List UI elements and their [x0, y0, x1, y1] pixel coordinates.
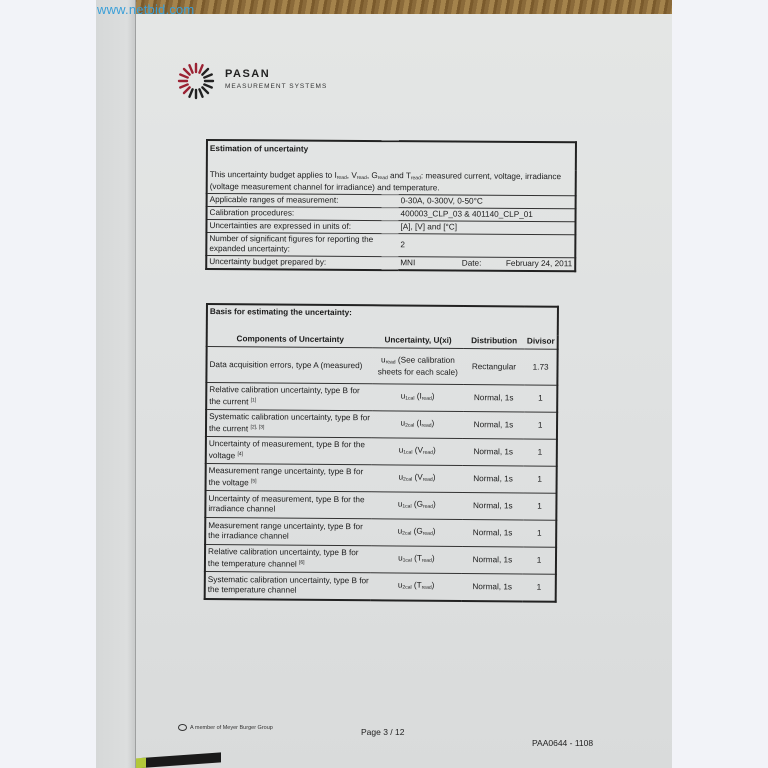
company-logo: PASAN MEASUREMENT SYSTEMS	[225, 68, 327, 90]
uncertainty-cell: u2cal (Gread)	[371, 519, 462, 547]
estimation-value: 2	[398, 234, 575, 258]
prepared-by-value: MNI	[400, 258, 415, 268]
uncertainty-cell: u1cal (Tread)	[371, 546, 462, 574]
table-row: Uncertainty of measurement, type B for t…	[206, 437, 557, 467]
document-id: PAA0644 - 1108	[532, 738, 593, 748]
table-row: Uncertainty of measurement, type B for t…	[205, 491, 556, 521]
divisor-cell: 1	[524, 412, 557, 439]
divisor-cell: 1	[524, 439, 557, 466]
distribution-cell: Normal, 1s	[461, 574, 523, 601]
table-row: Relative calibration uncertainty, type B…	[205, 545, 556, 575]
divisor-cell: 1	[523, 547, 556, 574]
table-row: Data acquisition errors, type A (measure…	[206, 347, 557, 386]
header-distribution: Distribution	[463, 335, 525, 349]
logo-subtitle: MEASUREMENT SYSTEMS	[225, 83, 327, 90]
distribution-cell: Normal, 1s	[462, 493, 524, 520]
header-components: Components of Uncertainty	[207, 333, 373, 348]
component-cell: Systematic calibration uncertainty, type…	[206, 410, 372, 438]
estimation-intro: This uncertainty budget applies to Iread…	[207, 168, 576, 196]
component-cell: Measurement range uncertainty, type B fo…	[205, 518, 371, 546]
divisor-cell: 1	[524, 385, 557, 412]
component-cell: Measurement range uncertainty, type B fo…	[206, 464, 372, 492]
divisor-cell: 1	[523, 520, 556, 547]
header-divisor: Divisor	[525, 336, 558, 350]
table-row: Systematic calibration uncertainty, type…	[206, 410, 557, 440]
component-cell: Data acquisition errors, type A (measure…	[206, 347, 372, 384]
uncertainty-cell: u2cal (Vread)	[372, 465, 463, 493]
estimation-label: Number of significant figures for report…	[206, 233, 398, 257]
distribution-cell: Normal, 1s	[462, 466, 524, 493]
distribution-cell: Normal, 1s	[463, 385, 525, 412]
left-page-edge	[96, 0, 136, 768]
pasan-sunburst-icon	[175, 60, 217, 102]
estimation-label: Applicable ranges of measurement:	[207, 194, 399, 208]
component-cell: Relative calibration uncertainty, type B…	[205, 545, 371, 573]
divisor-cell: 1.73	[525, 349, 558, 385]
distribution-cell: Normal, 1s	[463, 412, 525, 439]
estimation-table: Estimation of uncertainty This uncertain…	[205, 139, 577, 272]
logo-title: PASAN	[225, 68, 327, 80]
date-value: February 24, 2011	[506, 259, 572, 269]
estimation-value: 400003_CLP_03 & 401140_CLP_01	[399, 208, 576, 222]
estimation-title: Estimation of uncertainty	[207, 140, 576, 170]
estimation-label: Uncertainties are expressed in units of:	[206, 220, 398, 234]
uncertainty-cell: u1cal (Iread)	[372, 384, 463, 412]
header-uncertainty: Uncertainty, U(xi)	[373, 334, 464, 348]
prepared-by-cell: MNI Date: February 24, 2011	[398, 257, 575, 272]
meyer-burger-ring-icon	[178, 724, 187, 731]
uncertainty-cell: u1cal (Vread)	[372, 438, 463, 466]
distribution-cell: Normal, 1s	[462, 439, 524, 466]
uncertainty-cell: uread (See calibration sheets for each s…	[372, 348, 463, 385]
component-cell: Uncertainty of measurement, type B for t…	[205, 491, 371, 519]
table-row: Relative calibration uncertainty, type B…	[206, 383, 557, 413]
member-text: A member of Meyer Burger Group	[190, 725, 273, 731]
distribution-cell: Normal, 1s	[462, 547, 524, 574]
estimation-value: [A], [V] and [°C]	[398, 221, 575, 235]
table-row: Measurement range uncertainty, type B fo…	[206, 464, 557, 494]
estimation-value: 0-30A, 0-300V, 0-50°C	[399, 195, 576, 209]
divisor-cell: 1	[523, 574, 556, 601]
basis-table: Basis for estimating the uncertainty: Co…	[204, 303, 559, 602]
component-cell: Relative calibration uncertainty, type B…	[206, 383, 372, 411]
component-cell: Systematic calibration uncertainty, type…	[205, 571, 371, 599]
divisor-cell: 1	[524, 466, 557, 493]
page-number: Page 3 / 12	[361, 727, 404, 737]
table-row: Systematic calibration uncertainty, type…	[205, 571, 556, 601]
component-cell: Uncertainty of measurement, type B for t…	[206, 437, 372, 465]
footer-member: A member of Meyer Burger Group	[178, 724, 273, 731]
uncertainty-cell: u1cal (Gread)	[371, 492, 462, 520]
distribution-cell: Normal, 1s	[462, 520, 524, 547]
uncertainty-cell: u2cal (Iread)	[372, 411, 463, 439]
prepared-by-label: Uncertainty budget prepared by:	[206, 256, 398, 271]
divisor-cell: 1	[524, 493, 557, 520]
uncertainty-cell: u2cal (Tread)	[371, 573, 462, 601]
basis-title: Basis for estimating the uncertainty:	[207, 304, 558, 336]
date-label: Date:	[462, 259, 482, 269]
distribution-cell: Rectangular	[463, 349, 525, 385]
watermark-link[interactable]: www.netbid.com	[97, 2, 194, 17]
table-row: Measurement range uncertainty, type B fo…	[205, 518, 556, 548]
estimation-label: Calibration procedures:	[207, 207, 399, 221]
estimation-row: Number of significant figures for report…	[206, 233, 575, 258]
